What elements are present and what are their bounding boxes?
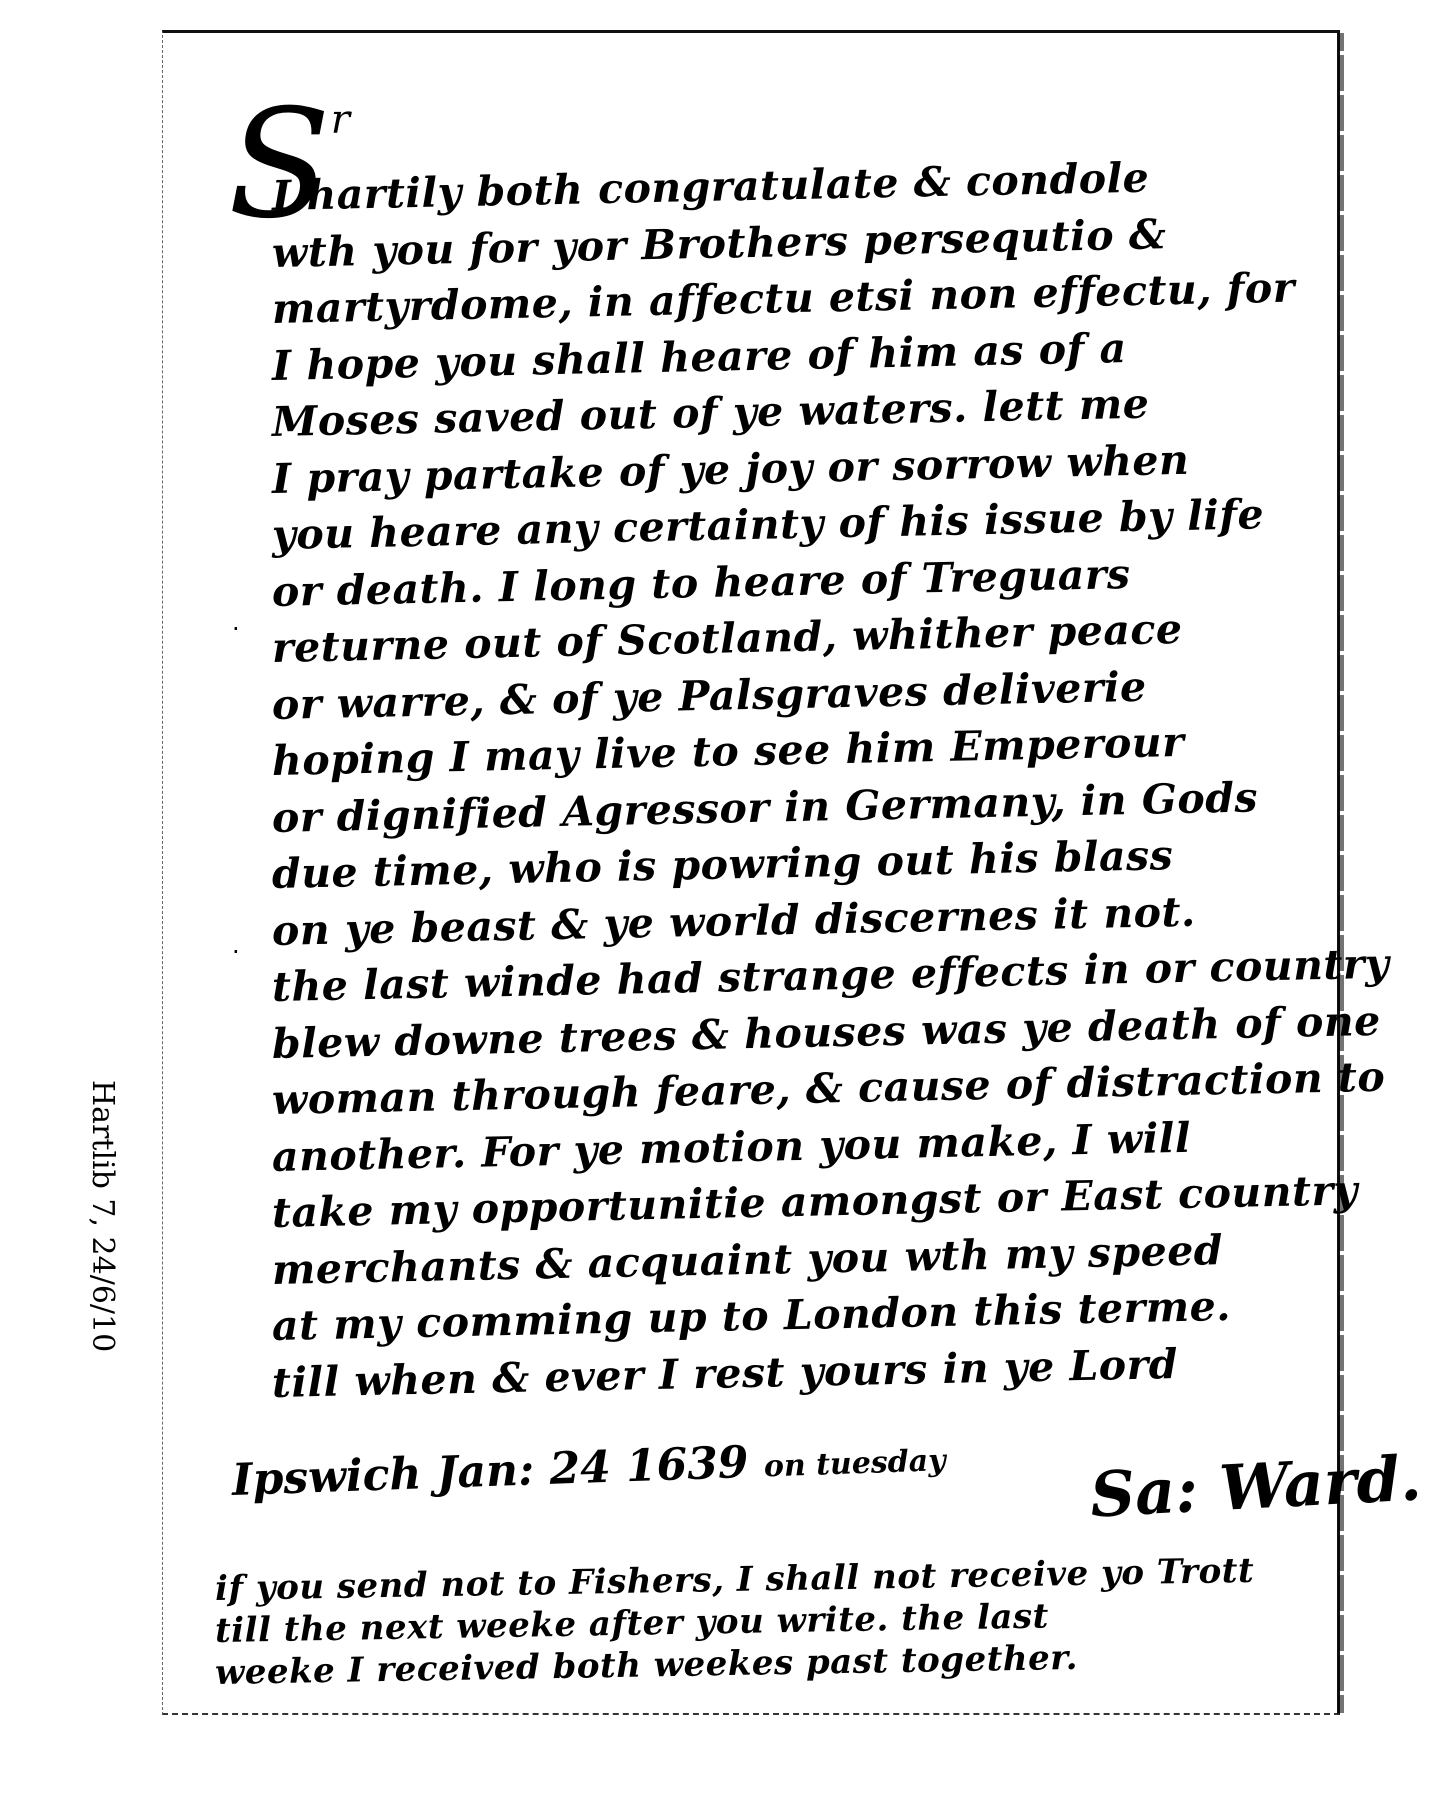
ink-dot-mark: · — [232, 938, 240, 966]
letter-body: I hartily both congratulate & condole wt… — [272, 168, 1392, 1411]
weekday: on tuesday — [763, 1443, 946, 1484]
postscript: if you send not to Fishers, I shall not … — [215, 1568, 1365, 1694]
salutation-superscript: r — [331, 97, 350, 143]
archive-reference-note: Hartlib 7, 24/6/10 — [85, 1080, 120, 1352]
ink-dot-mark: · — [232, 615, 240, 643]
